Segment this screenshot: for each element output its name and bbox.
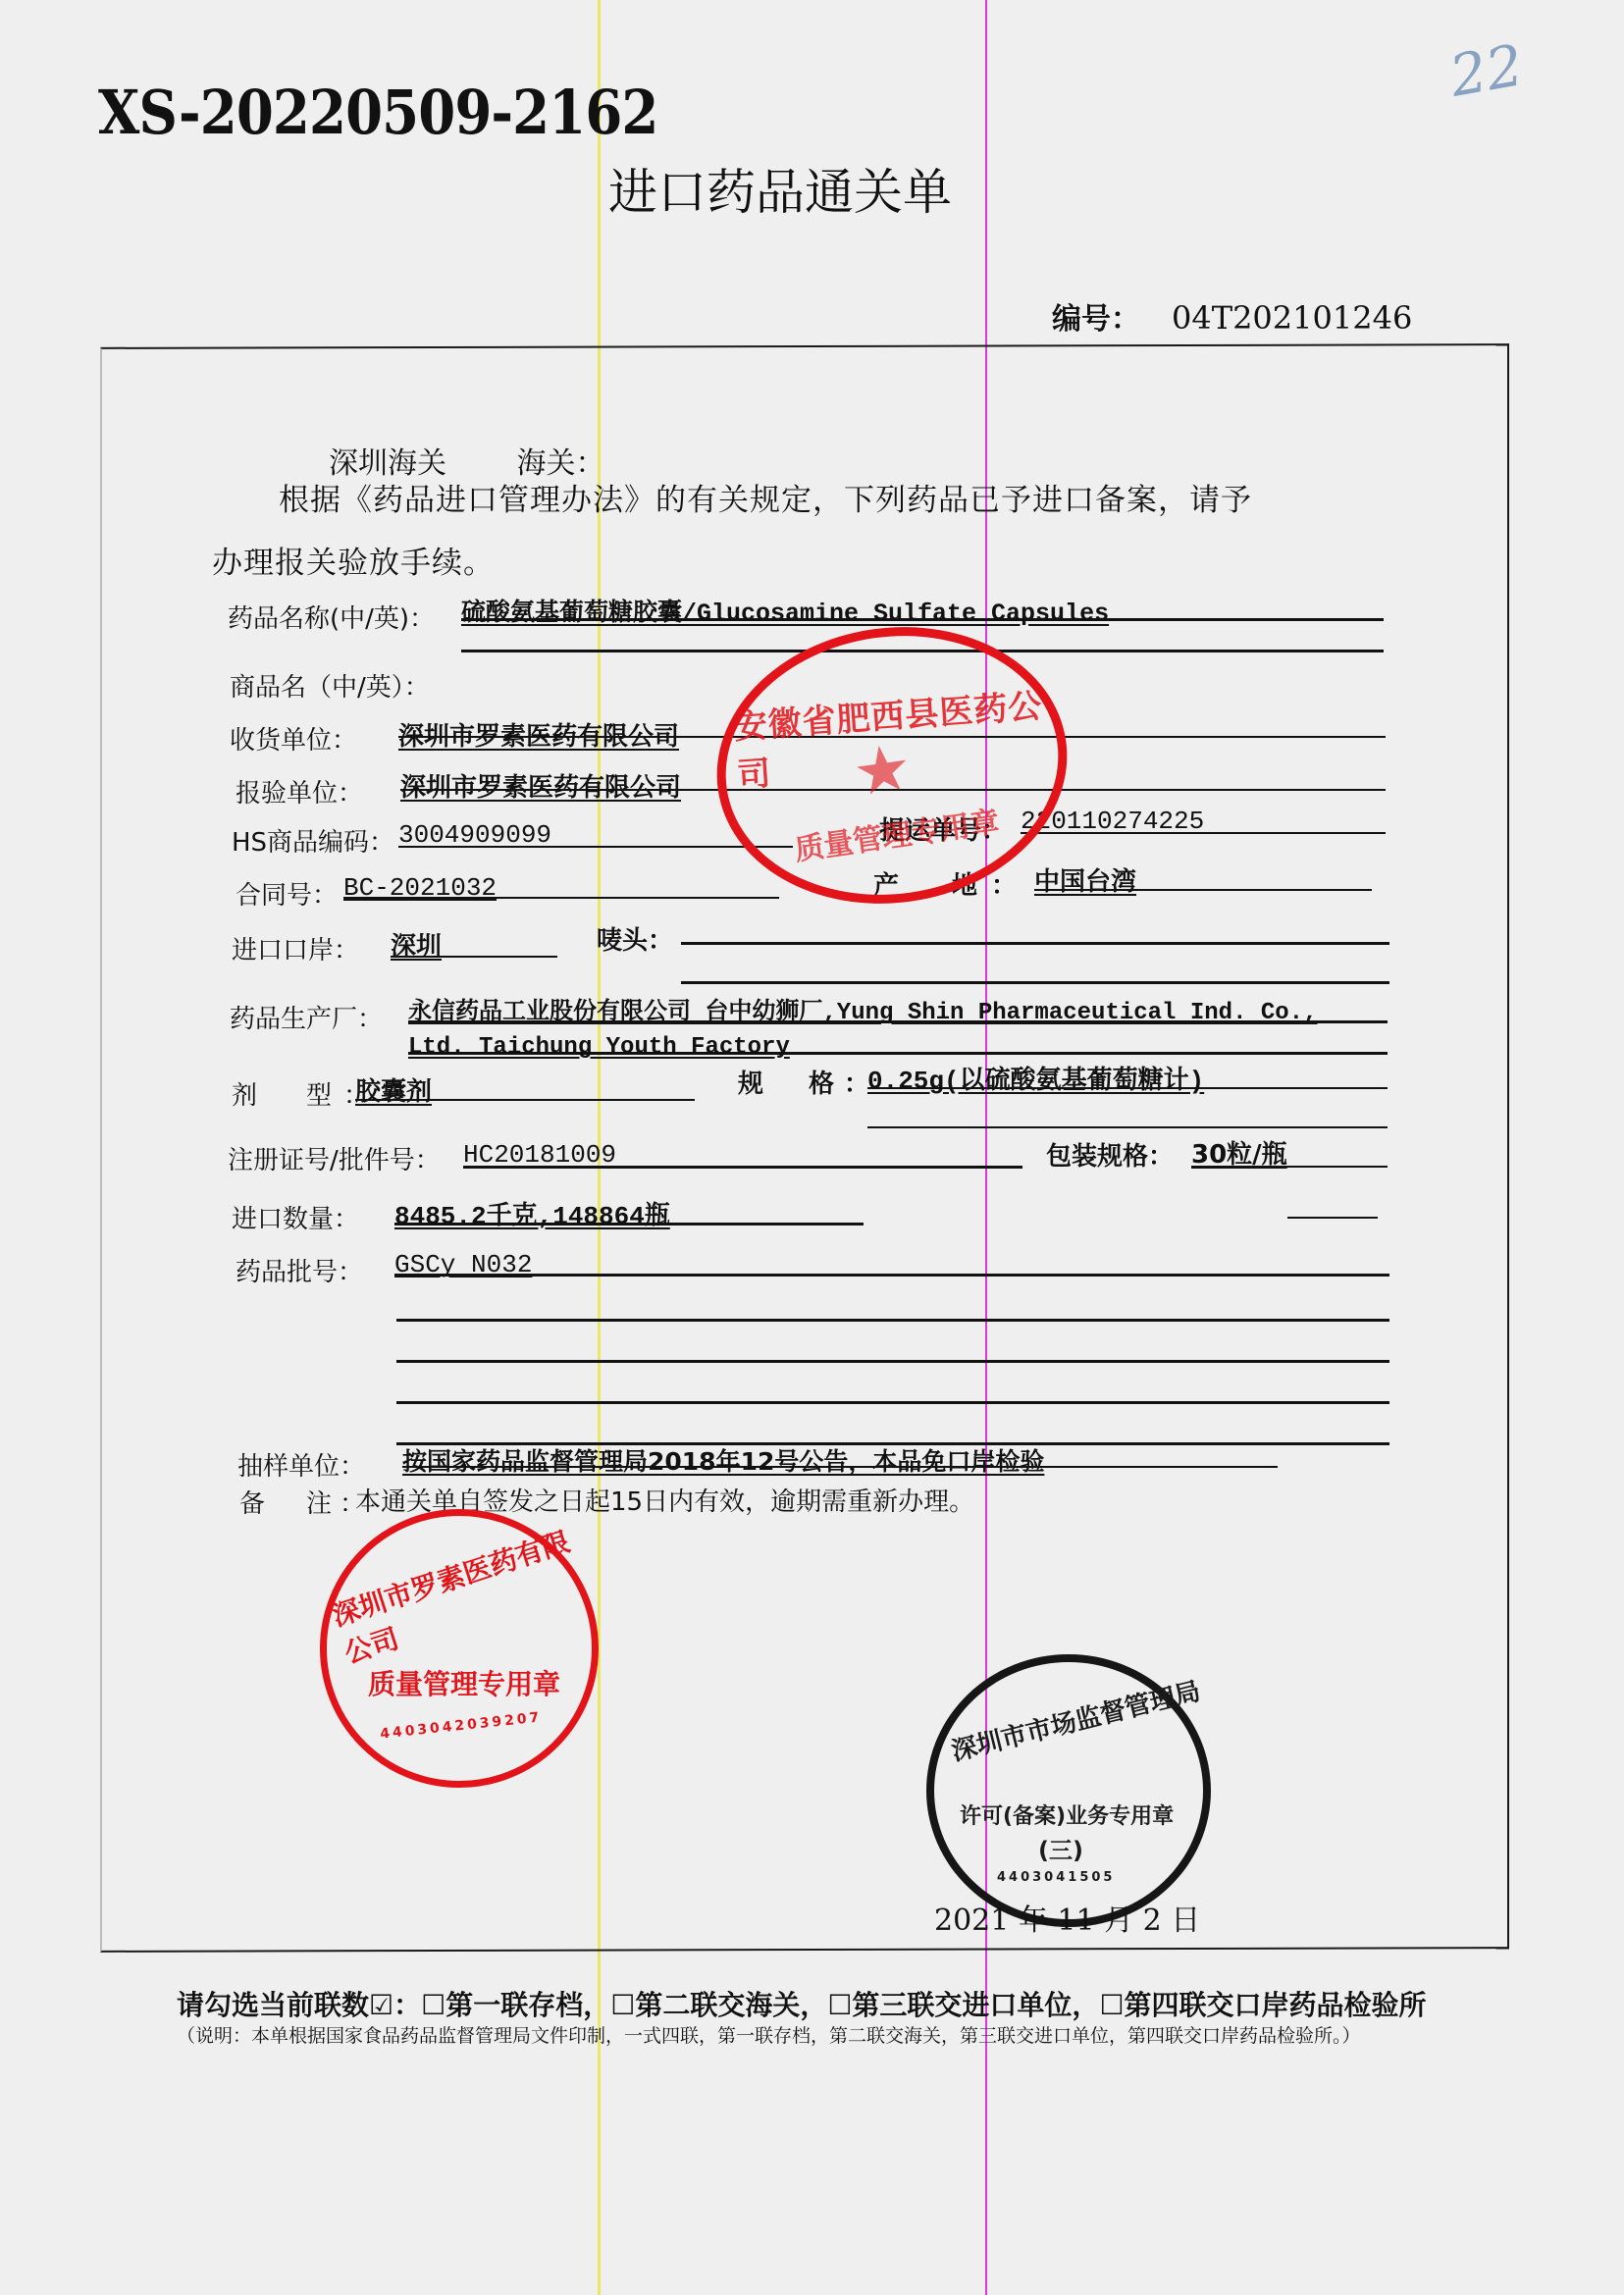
hs-code-line	[398, 846, 793, 848]
stamp-authority-sub: (三)	[1038, 1831, 1083, 1865]
drug-name-value: 硫酸氨基葡萄糖胶囊/Glucosamine Sulfate Capsules	[461, 593, 1109, 628]
manufacturer-label: 药品生产厂：	[230, 999, 383, 1035]
declarant-value: 深圳市罗素医药有限公司	[400, 767, 681, 804]
serial-label: 编号：	[1052, 302, 1140, 337]
consignee-value: 深圳市罗素医药有限公司	[398, 716, 679, 753]
manufacturer-line-1	[408, 1020, 1388, 1023]
copy-selection: 请勾选当前联数☑：☐第一联存档，☐第二联交海关，☐第三联交进口单位，☐第四联交口…	[177, 1984, 1427, 2023]
origin-value: 中国台湾	[1034, 861, 1136, 898]
copy-selection-prompt: 请勾选当前联数☑：	[177, 1989, 421, 2021]
spec-line-2	[867, 1126, 1388, 1128]
drug-name-line	[461, 618, 1384, 621]
stamp-authority-top: 深圳市市场监督管理局	[947, 1671, 1203, 1768]
contract-no-label: 合同号：	[236, 875, 338, 912]
intro-paragraph-2: 办理报关验放手续。	[212, 538, 495, 582]
quantity-label: 进口数量：	[232, 1199, 359, 1235]
batch-line-4	[396, 1401, 1389, 1404]
copy-option-4[interactable]: ☐第四联交口岸药品检验所	[1099, 1989, 1426, 2021]
mark-label: 唛头：	[597, 920, 673, 957]
stamp-authority-middle: 许可(备案)业务专用章	[960, 1799, 1174, 1830]
spec-label: 规 格：	[738, 1064, 879, 1100]
footer-note: （说明：本单根据国家食品药品监督管理局文件印制，一式四联，第一联存档，第二联交海…	[177, 2021, 1361, 2048]
spec-line	[867, 1087, 1388, 1089]
batch-line-1	[394, 1274, 1389, 1277]
batch-line-2	[396, 1319, 1389, 1322]
quantity-line	[394, 1223, 864, 1226]
batch-label: 药品批号：	[236, 1252, 363, 1288]
sampling-value: 按国家药品监督管理局2018年12号公告，本品免口岸检验	[402, 1442, 1044, 1478]
origin-line	[1034, 889, 1372, 891]
mark-line-2	[681, 981, 1389, 984]
stamp-supplier-bottom: 质量管理专用章	[792, 798, 1002, 869]
reg-no-label: 注册证号/批件号：	[228, 1140, 441, 1176]
hs-code-label: HS商品编码：	[232, 822, 394, 859]
copy-option-1[interactable]: ☐第一联存档，	[421, 1989, 610, 2021]
page-title: 进口药品通关单	[608, 153, 952, 224]
dosage-form-line	[355, 1099, 695, 1101]
port-line	[391, 956, 557, 958]
mark-line	[681, 942, 1389, 945]
reg-no-line	[463, 1166, 1022, 1169]
star-icon: ★	[849, 729, 917, 811]
quantity-value: 8485.2千克,148864瓶	[394, 1195, 670, 1231]
dosage-form-value: 胶囊剂	[355, 1071, 432, 1108]
serial-value: 04T202101246	[1172, 299, 1412, 337]
intro-paragraph-1: 根据《药品进口管理办法》的有关规定，下列药品已予进口备案，请予	[279, 475, 1252, 519]
serial-number: 编号：04T202101246	[1052, 294, 1412, 338]
sampling-label: 抽样单位：	[237, 1446, 365, 1483]
copy-option-2[interactable]: ☐第二联交海关，	[610, 1989, 827, 2021]
stamp-company-number: 4403042039207	[380, 1709, 543, 1742]
spec-value: 0.25g(以硫酸氨基葡萄糖计)	[867, 1060, 1204, 1096]
manufacturer-line-2	[408, 1052, 1388, 1055]
package-line	[1191, 1166, 1388, 1168]
bill-of-lading-line	[1021, 832, 1386, 834]
handwritten-mark: 22	[1445, 31, 1528, 110]
copy-option-3[interactable]: ☐第三联交进口单位，	[827, 1989, 1099, 2021]
issue-date: 2021 年 11 月 2 日	[934, 1896, 1200, 1939]
stamp-authority-number: 4403041505	[997, 1870, 1115, 1885]
sampling-line	[402, 1466, 1278, 1468]
consignee-label: 收货单位：	[230, 720, 357, 756]
package-label: 包装规格：	[1046, 1136, 1174, 1173]
manufacturer-value-2: Ltd. Taichung Youth Factory	[408, 1034, 790, 1061]
stamp-market-regulation: 深圳市市场监督管理局 许可(备案)业务专用章 (三) 4403041505	[926, 1654, 1211, 1927]
batch-line-3	[396, 1360, 1389, 1363]
quantity-line-right	[1287, 1217, 1378, 1219]
stamp-company-quality: 深圳市罗素医药有限公司 质量管理专用章 4403042039207	[320, 1509, 599, 1788]
drug-name-label: 药品名称(中/英)：	[228, 599, 435, 635]
remark-label: 备 注：	[239, 1484, 373, 1520]
declarant-label: 报验单位：	[236, 773, 363, 809]
stamp-company-middle: 质量管理专用章	[368, 1663, 560, 1702]
port-label: 进口口岸：	[232, 930, 359, 966]
contract-no-line	[343, 897, 779, 899]
document-code: XS-20220509-2162	[98, 77, 658, 148]
trade-name-label: 商品名（中/英）：	[230, 667, 430, 704]
